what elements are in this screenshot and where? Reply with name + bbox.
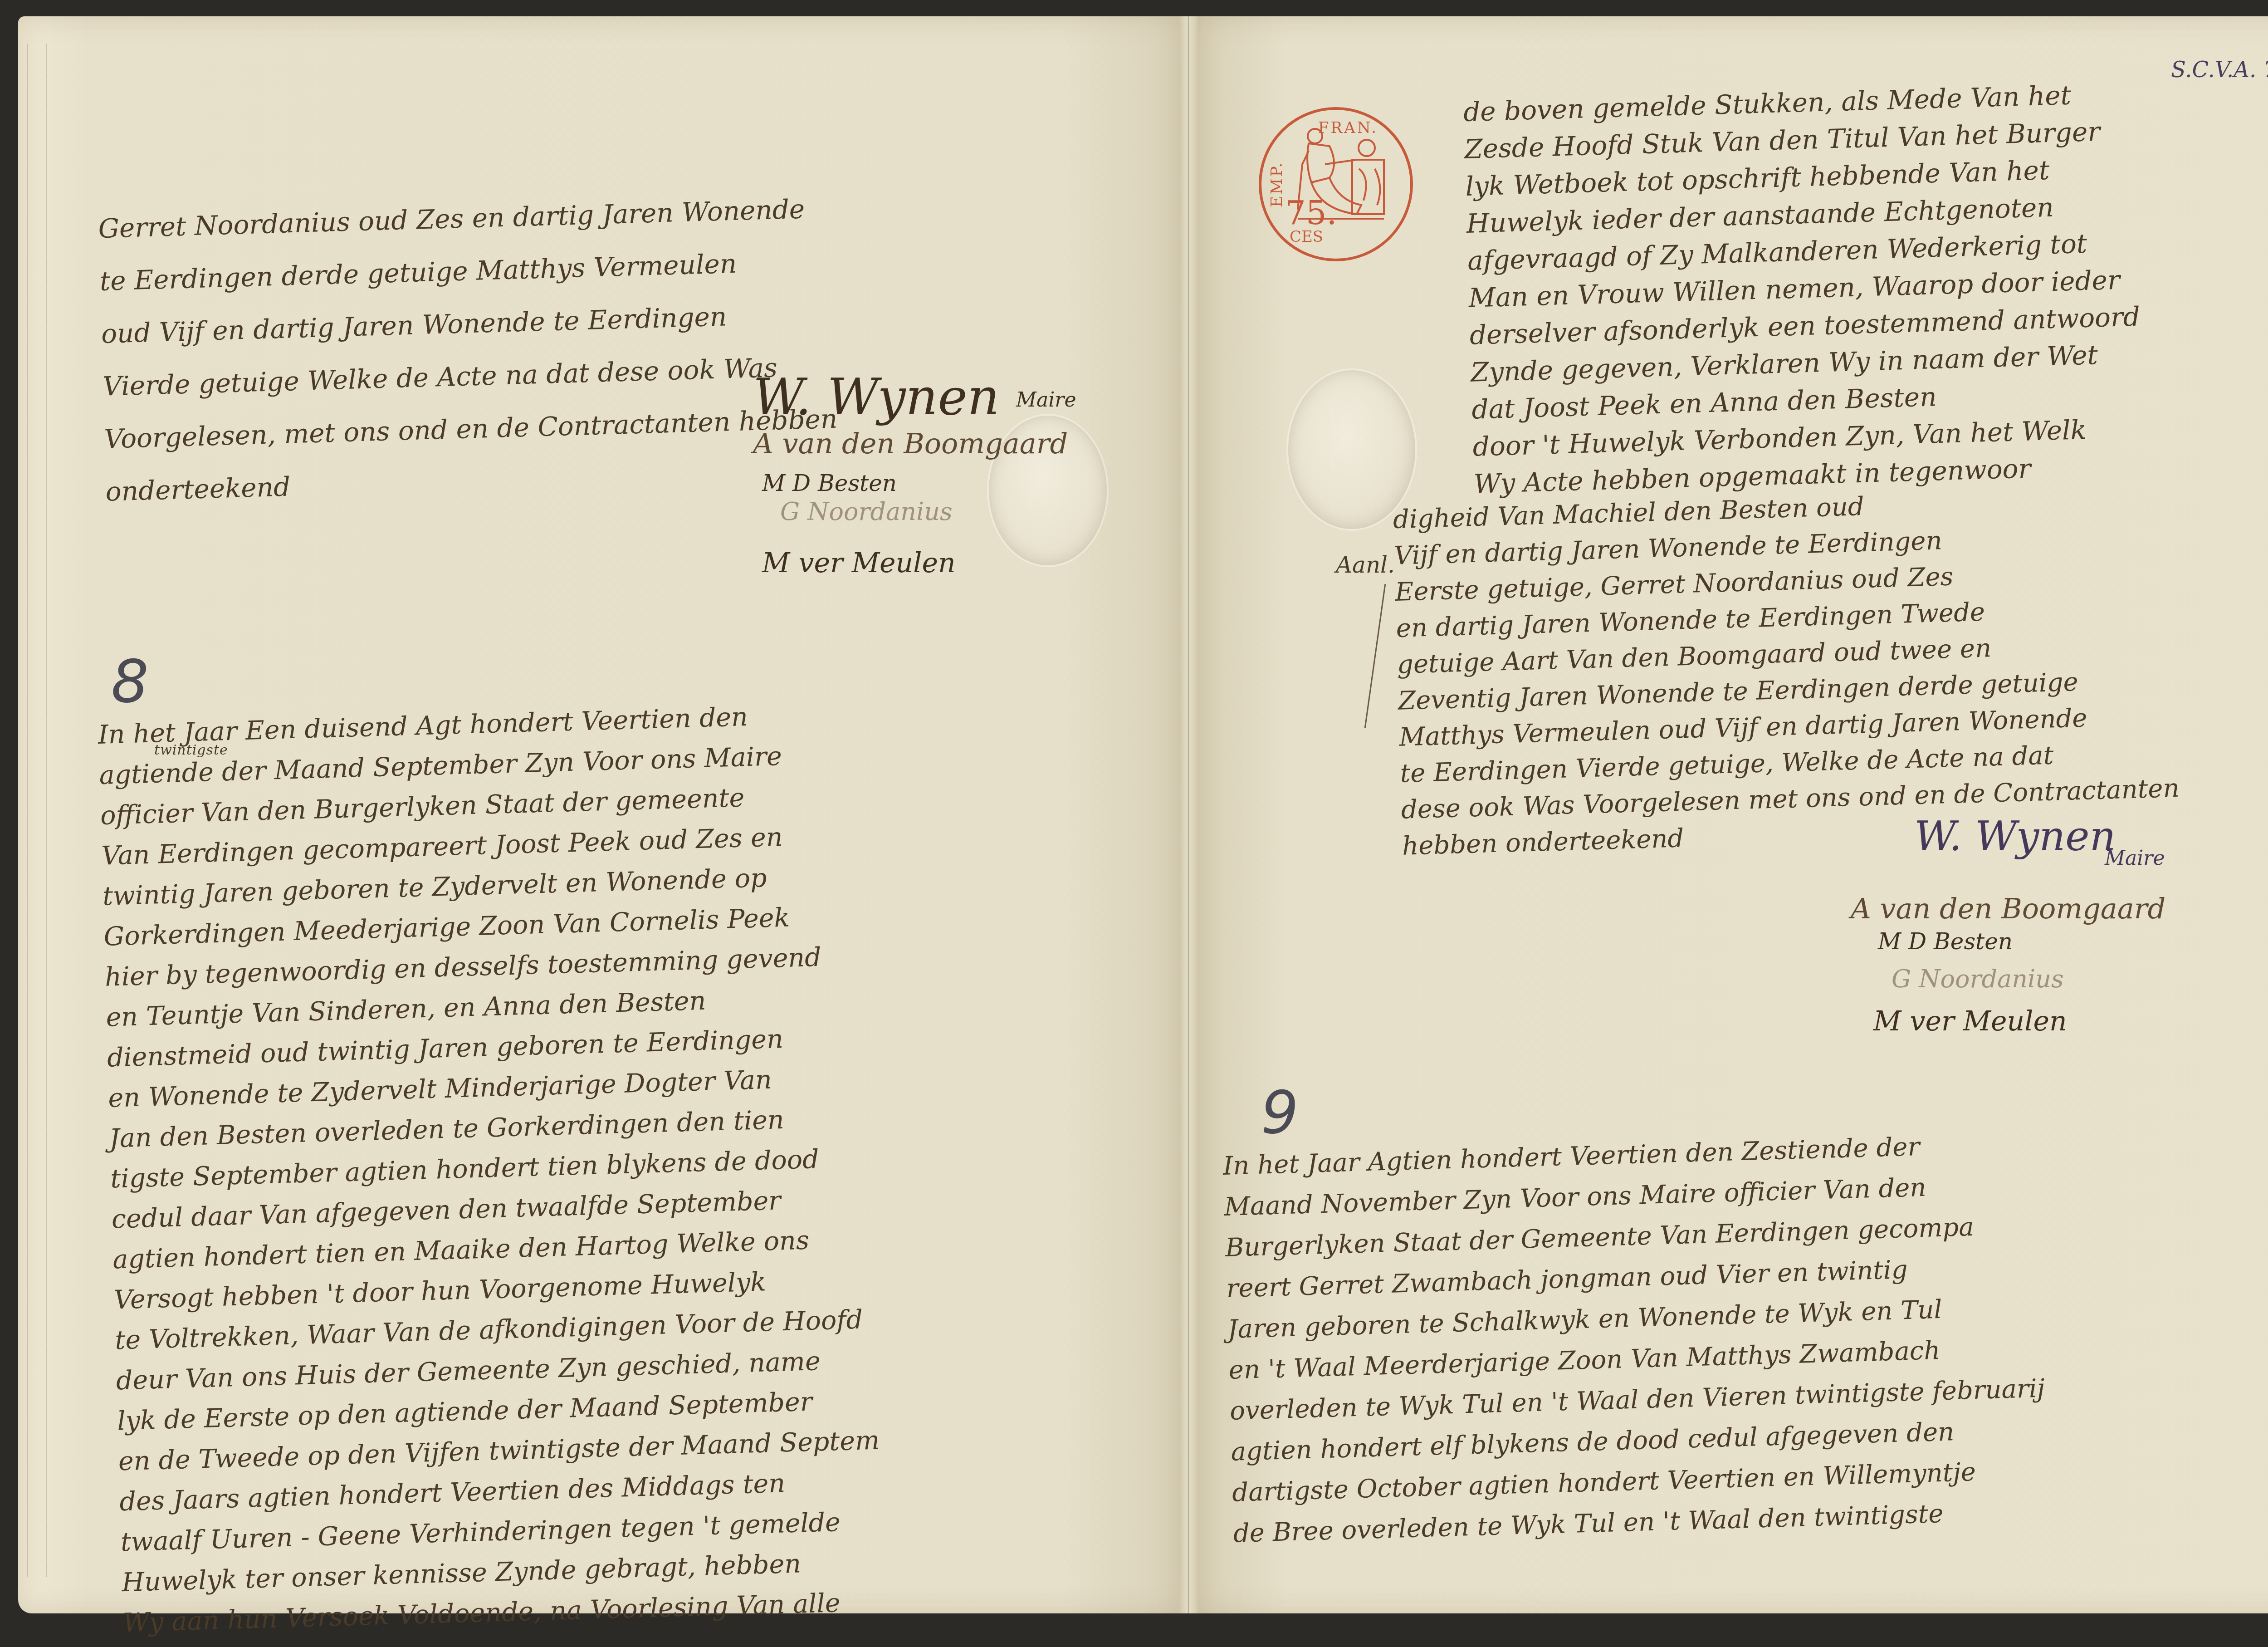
signature-faint: G Noordanius [1892, 965, 2064, 993]
signature-faint: G Noordanius [780, 497, 953, 526]
stamp-unit: CES [1290, 228, 1323, 246]
record-number: 8 [111, 647, 149, 716]
book-gutter [1179, 16, 1198, 1613]
stamp-side-text: EMP. [1268, 161, 1286, 207]
left-page: Gerret Noordanius oud Zes en dartig Jare… [18, 16, 1179, 1613]
signature-witness: M ver Meulen [762, 547, 956, 579]
stacked-page-edges [27, 44, 47, 1577]
signature-witness: M ver Meulen [1873, 1005, 2067, 1037]
signature-witness: A van den Boomgaard [753, 427, 1068, 460]
signature-mayor: W. Wynen [1914, 813, 2116, 860]
tax-stamp: FRAN. EMP. 75. CES [1259, 107, 1413, 261]
signature-mayor-title: Maire [1016, 388, 1076, 412]
signature-mayor-title: Maire [2105, 847, 2165, 870]
record-9-text: In het Jaar Agtien hondert Veertien den … [1222, 1123, 2049, 1554]
margin-annotation: Aanl. [1336, 552, 1395, 578]
right-continuation-text: de boven gemelde Stukken, als Mede Van h… [1463, 75, 2145, 503]
right-continuation-text-lower: digheid Van Machiel den Besten oud Vijf … [1393, 480, 2181, 865]
record-8-text: In het Jaar Een duisend Agt hondert Veer… [98, 694, 885, 1643]
stamp-top-text: FRAN. [1318, 119, 1378, 137]
open-register-book: Gerret Noordanius oud Zes en dartig Jare… [18, 16, 2268, 1627]
record-number: 9 [1261, 1078, 1299, 1147]
signature-groom-witness: M D Besten [1878, 928, 2013, 955]
signature-witness: A van den Boomgaard [1851, 892, 2165, 925]
signature-mayor: W. Wynen [753, 368, 999, 426]
stamp-value: 75. [1285, 194, 1337, 232]
signature-groom-witness: M D Besten [762, 470, 897, 496]
archive-reference: S.C.V.A. 7 [2171, 57, 2268, 83]
left-continuation-text: Gerret Noordanius oud Zes en dartig Jare… [98, 182, 840, 518]
